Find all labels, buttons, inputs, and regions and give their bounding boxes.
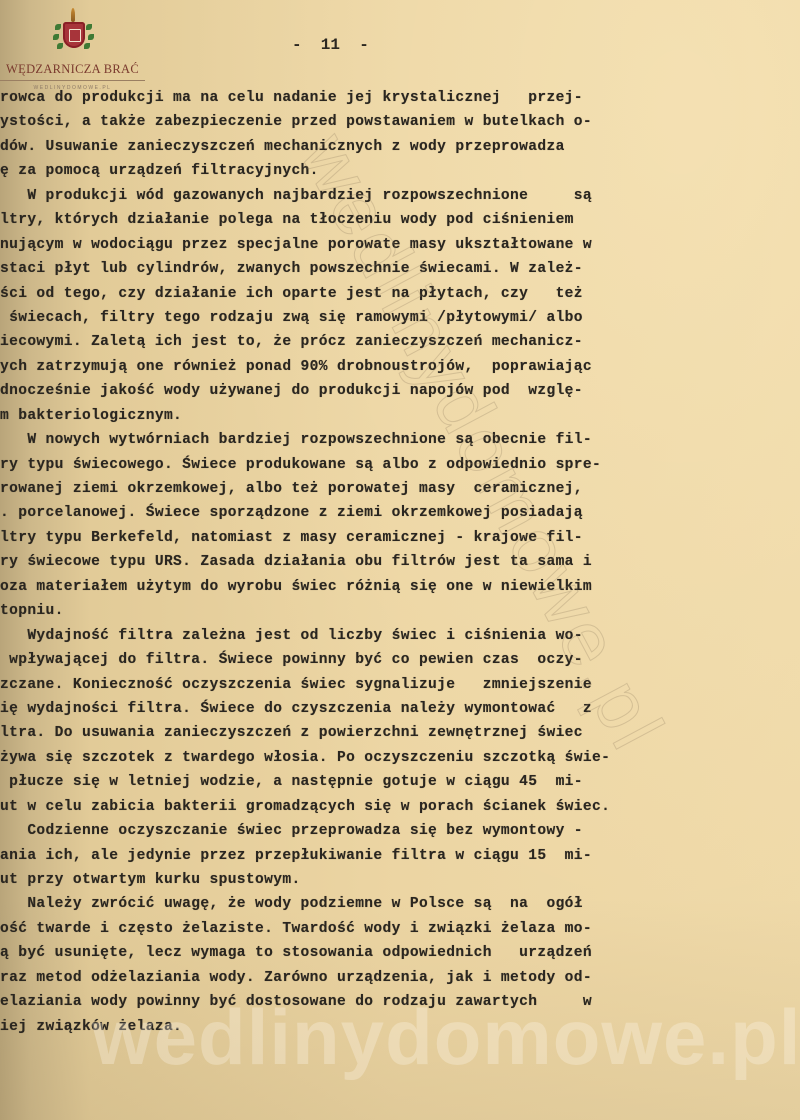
text-line: dnocześnie jakość wody używanej do produ… bbox=[0, 379, 800, 403]
text-line: dów. Usuwanie zanieczyszczeń mechaniczny… bbox=[0, 135, 800, 159]
text-line: zczane. Konieczność oczyszczenia świec s… bbox=[0, 673, 800, 697]
smokehouse-icon bbox=[69, 29, 81, 42]
text-line: ę za pomocą urządzeń filtracyjnych. bbox=[0, 159, 800, 183]
logo-name: WĘDZARNICZA BRAĆ bbox=[0, 62, 145, 77]
text-line: rowca do produkcji ma na celu nadanie je… bbox=[0, 86, 800, 110]
text-line: raz metod odżelaziania wody. Zarówno urz… bbox=[0, 966, 800, 990]
document-body: rowca do produkcji ma na celu nadanie je… bbox=[0, 86, 800, 1039]
leaf-icon bbox=[55, 24, 61, 30]
page-number: - 11 - bbox=[292, 36, 369, 54]
text-line: W produkcji wód gazowanych najbardziej r… bbox=[0, 184, 800, 208]
leaf-icon bbox=[86, 24, 92, 30]
leaf-icon bbox=[57, 43, 63, 49]
text-line: nującym w wodociągu przez specjalne poro… bbox=[0, 233, 800, 257]
text-line: ltra. Do usuwania zanieczyszczeń z powie… bbox=[0, 721, 800, 745]
site-logo: WĘDZARNICZA BRAĆ WEDLINYDOMOWE.PL bbox=[0, 8, 145, 91]
text-line: wpływającej do filtra. Świece powinny by… bbox=[0, 648, 800, 672]
text-line: Codzienne oczyszczanie świec przeprowadz… bbox=[0, 819, 800, 843]
text-line: m bakteriologicznym. bbox=[0, 404, 800, 428]
text-line: rowanej ziemi okrzemkowej, albo też poro… bbox=[0, 477, 800, 501]
text-line: świecach, filtry tego rodzaju zwą się ra… bbox=[0, 306, 800, 330]
text-line: ania ich, ale jedynie przez przepłukiwan… bbox=[0, 844, 800, 868]
text-line: Należy zwrócić uwagę, że wody podziemne … bbox=[0, 892, 800, 916]
text-line: ści od tego, czy działanie ich oparte je… bbox=[0, 282, 800, 306]
text-line: ych zatrzymują one również ponad 90% dro… bbox=[0, 355, 800, 379]
text-line: ltry typu Berkefeld, natomiast z masy ce… bbox=[0, 526, 800, 550]
logo-divider bbox=[0, 80, 145, 81]
text-line: iej związków żelaza. bbox=[0, 1015, 800, 1039]
text-line: ystości, a także zabezpieczenie przed po… bbox=[0, 110, 800, 134]
text-line: Wydajność filtra zależna jest od liczby … bbox=[0, 624, 800, 648]
text-line: elaziania wody powinny być dostosowane d… bbox=[0, 990, 800, 1014]
coat-of-arms-icon bbox=[51, 8, 95, 54]
text-line: ry typu świecowego. Świece produkowane s… bbox=[0, 453, 800, 477]
text-line: . porcelanowej. Świece sporządzone z zie… bbox=[0, 501, 800, 525]
text-line: oza materiałem użytym do wyrobu świec ró… bbox=[0, 575, 800, 599]
text-line: ość twarde i często żelaziste. Twardość … bbox=[0, 917, 800, 941]
text-line: żywa się szczotek z twardego włosia. Po … bbox=[0, 746, 800, 770]
smoke-flame-icon bbox=[71, 8, 75, 22]
leaf-icon bbox=[53, 34, 59, 40]
shield-icon bbox=[63, 22, 85, 48]
text-line: ry świecowe typu URS. Zasada działania o… bbox=[0, 550, 800, 574]
text-line: W nowych wytwórniach bardziej rozpowszec… bbox=[0, 428, 800, 452]
text-line: staci płyt lub cylindrów, zwanych powsze… bbox=[0, 257, 800, 281]
text-line: iecowymi. Zaletą ich jest to, że prócz z… bbox=[0, 330, 800, 354]
text-line: ltry, których działanie polega na tłocze… bbox=[0, 208, 800, 232]
text-line: topniu. bbox=[0, 599, 800, 623]
text-line: ut przy otwartym kurku spustowym. bbox=[0, 868, 800, 892]
leaf-icon bbox=[84, 43, 90, 49]
text-line: ię wydajności filtra. Świece do czyszcze… bbox=[0, 697, 800, 721]
text-line: ut w celu zabicia bakterii gromadzących … bbox=[0, 795, 800, 819]
text-line: ą być usunięte, lecz wymaga to stosowani… bbox=[0, 941, 800, 965]
text-line: płucze się w letniej wodzie, a następnie… bbox=[0, 770, 800, 794]
leaf-icon bbox=[88, 34, 94, 40]
